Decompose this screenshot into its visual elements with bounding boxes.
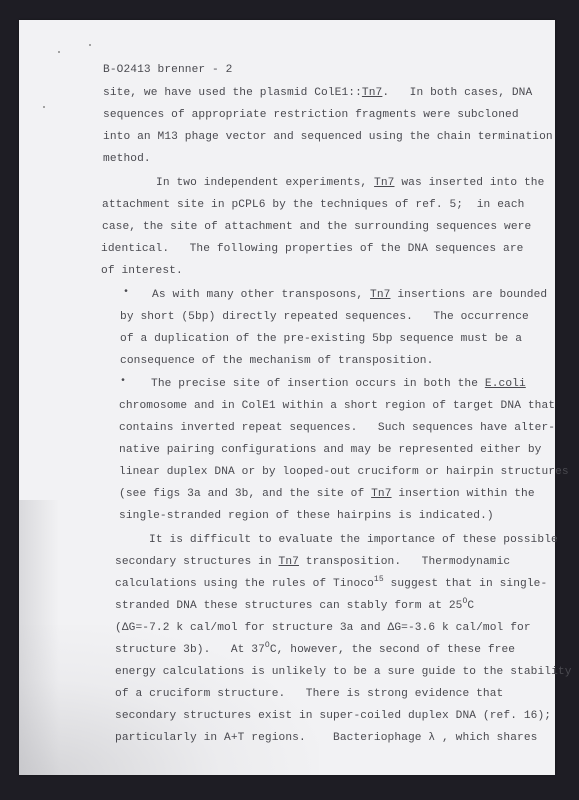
text-line: chromosome and in ColE1 within a short r… xyxy=(119,399,555,413)
text-line: energy calculations is unlikely to be a … xyxy=(115,665,572,679)
reference-superscript: 15 xyxy=(374,575,384,584)
text-run: stranded DNA these structures can stably… xyxy=(115,600,463,612)
text-line: attachment site in pCPL6 by the techniqu… xyxy=(102,198,524,212)
text-line: (see figs 3a and 3b, and the site of Tn7… xyxy=(119,487,535,501)
text-line: (ΔG=-7.2 k cal/mol for structure 3a and … xyxy=(115,621,531,635)
text-run: (see figs 3a and 3b, and the site of xyxy=(119,488,371,500)
text-line: structure 3b). At 37OC, however, the sec… xyxy=(115,643,515,657)
paper-speck xyxy=(89,44,91,46)
text-line: native pairing configurations and may be… xyxy=(119,443,541,457)
text-line: into an M13 phage vector and sequenced u… xyxy=(103,130,553,144)
page-shadow-left xyxy=(19,500,59,775)
underlined-term: E.coli xyxy=(485,378,526,390)
text-run: was inserted into the xyxy=(395,177,545,189)
paragraph-start: It is difficult to evaluate the importan… xyxy=(149,533,558,547)
text-run: insertions are bounded xyxy=(391,289,548,301)
text-run: . In both cases, DNA xyxy=(382,87,532,99)
text-run: In two independent experiments, xyxy=(156,177,374,189)
text-line: of a duplication of the pre-existing 5bp… xyxy=(120,332,522,346)
text-line: method. xyxy=(103,152,151,166)
text-line: particularly in A+T regions. Bacteriopha… xyxy=(115,731,537,745)
page-header: B-O2413 brenner - 2 xyxy=(103,63,232,77)
paragraph-start: In two independent experiments, Tn7 was … xyxy=(156,176,544,190)
text-run: The precise site of insertion occurs in … xyxy=(151,378,485,390)
underlined-term: Tn7 xyxy=(362,87,382,99)
bullet-item-start: As with many other transposons, Tn7 inse… xyxy=(152,288,547,302)
text-line: of interest. xyxy=(101,264,183,278)
text-line: contains inverted repeat sequences. Such… xyxy=(119,421,555,435)
text-run: site, we have used the plasmid ColE1:: xyxy=(103,87,362,99)
bullet-icon: • xyxy=(123,287,129,298)
text-line: consequence of the mechanism of transpos… xyxy=(120,354,433,368)
text-run: calculations using the rules of Tinoco xyxy=(115,578,374,590)
bullet-item-start: The precise site of insertion occurs in … xyxy=(151,377,526,391)
underlined-term: Tn7 xyxy=(371,488,391,500)
text-line: of a cruciform structure. There is stron… xyxy=(115,687,503,701)
text-run: suggest that in single- xyxy=(384,578,548,590)
text-line: sequences of appropriate restriction fra… xyxy=(103,108,519,122)
text-line: by short (5bp) directly repeated sequenc… xyxy=(120,310,529,324)
underlined-term: Tn7 xyxy=(279,556,299,568)
text-line: secondary structures in Tn7 transpositio… xyxy=(115,555,510,569)
text-run: secondary structures in xyxy=(115,556,279,568)
text-line: secondary structures exist in super-coil… xyxy=(115,709,551,723)
text-line: identical. The following properties of t… xyxy=(101,242,523,256)
text-line: linear duplex DNA or by looped-out cruci… xyxy=(119,465,569,479)
text-run: structure 3b). At 37 xyxy=(115,644,265,656)
text-line: site, we have used the plasmid ColE1::Tn… xyxy=(103,86,532,100)
text-line: case, the site of attachment and the sur… xyxy=(102,220,531,234)
text-run: C, however, the second of these free xyxy=(270,644,515,656)
text-line: single-stranded region of these hairpins… xyxy=(119,509,494,523)
text-run: As with many other transposons, xyxy=(152,289,370,301)
underlined-term: Tn7 xyxy=(370,289,390,301)
bullet-icon: • xyxy=(120,376,126,387)
paper-speck xyxy=(58,51,60,53)
document-page: B-O2413 brenner - 2 site, we have used t… xyxy=(19,20,555,775)
text-line: stranded DNA these structures can stably… xyxy=(115,599,474,613)
underlined-term: Tn7 xyxy=(374,177,394,189)
text-run: transposition. Thermodynamic xyxy=(299,556,510,568)
text-run: C xyxy=(467,600,474,612)
text-run: insertion within the xyxy=(392,488,535,500)
document-body: B-O2413 brenner - 2 site, we have used t… xyxy=(19,20,46,500)
text-line: calculations using the rules of Tinoco15… xyxy=(115,577,547,591)
